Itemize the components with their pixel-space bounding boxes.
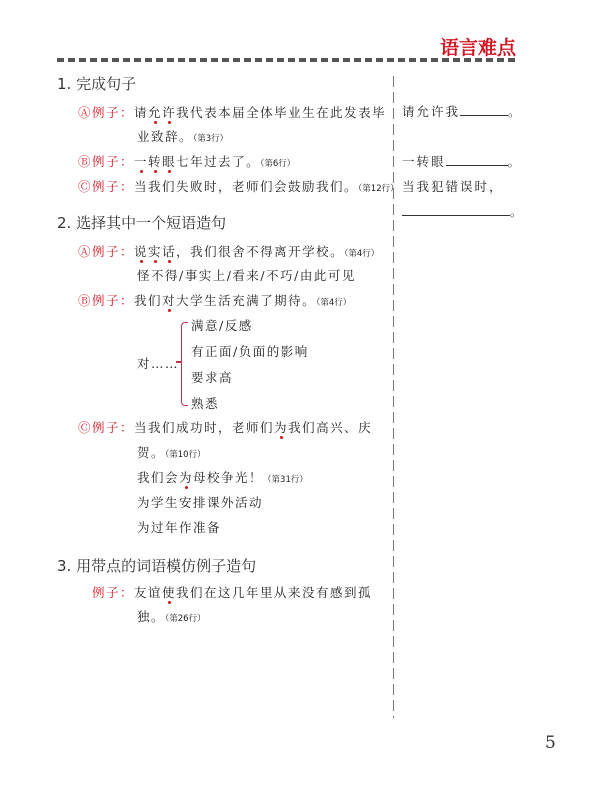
curly-brace-tip — [176, 361, 182, 363]
section-2-example-a: Ⓐ例子：说实话，我们很舍不得离开学校。（第4行） — [78, 242, 379, 260]
column-divider — [393, 76, 394, 718]
section-2-example-a-options: 怪不得/事实上/看来/不巧/由此可见 — [137, 266, 356, 284]
section-1-title: 1. 完成句子 — [57, 73, 136, 94]
section-3-example: 例子：友谊使我们在这几年里从来没有感到孤 — [92, 583, 372, 601]
answer-line-2[interactable]: 一转眼。 — [402, 152, 522, 170]
answer-line-1[interactable]: 请允许我。 — [402, 102, 523, 120]
brace-head: 对…… — [137, 354, 179, 372]
example-label: Ⓑ例子： — [78, 293, 134, 308]
section-2-title: 2. 选择其中一个短语造句 — [57, 212, 226, 233]
brace-item: 满意/反感 — [191, 316, 253, 334]
curly-brace — [181, 322, 188, 406]
answer-line-4[interactable]: 。 — [402, 202, 525, 220]
example-label: Ⓐ例子： — [78, 105, 134, 120]
section-2-extra-1: 我们会为母校争光！（第31行） — [137, 468, 308, 486]
section-1-example-c: Ⓒ例子：当我们失败时，老师们会鼓励我们。（第12行） — [78, 177, 399, 195]
section-3-example-cont: 独。（第26行） — [137, 607, 206, 625]
section-3-title: 3. 用带点的词语模仿例子造句 — [57, 555, 256, 576]
example-label: Ⓒ例子： — [78, 420, 134, 435]
page-header-title: 语言难点 — [440, 33, 516, 60]
example-label: Ⓐ例子： — [78, 244, 134, 259]
header-dashed-rule — [57, 58, 517, 62]
section-1-example-a: Ⓐ例子：请允许我代表本届全体毕业生在此发表毕 — [78, 103, 386, 121]
section-2-example-c-cont: 贺。（第10行） — [137, 443, 206, 461]
section-1-example-b: Ⓑ例子：一转眼七年过去了。（第6行） — [78, 152, 295, 170]
example-label: 例子： — [92, 585, 134, 600]
answer-line-3: 当我犯错误时， — [402, 177, 504, 195]
brace-item: 有正面/负面的影响 — [191, 342, 309, 360]
answer-blank[interactable] — [460, 103, 508, 116]
example-label: Ⓑ例子： — [78, 154, 134, 169]
section-1-example-a-cont: 业致辞。（第3行） — [137, 127, 228, 145]
brace-item: 要求高 — [191, 368, 233, 386]
example-label: Ⓒ例子： — [78, 179, 134, 194]
answer-blank[interactable] — [402, 203, 510, 216]
page-number: 5 — [545, 733, 556, 753]
section-2-extra-3: 为过年作准备 — [137, 518, 221, 536]
section-2-example-b: Ⓑ例子：我们对大学生活充满了期待。（第4行） — [78, 291, 351, 309]
section-2-extra-2: 为学生安排课外活动 — [137, 493, 263, 511]
brace-item: 熟悉 — [191, 394, 219, 412]
section-2-example-c: Ⓒ例子：当我们成功时，老师们为我们高兴、庆 — [78, 418, 372, 436]
answer-blank[interactable] — [446, 153, 508, 166]
